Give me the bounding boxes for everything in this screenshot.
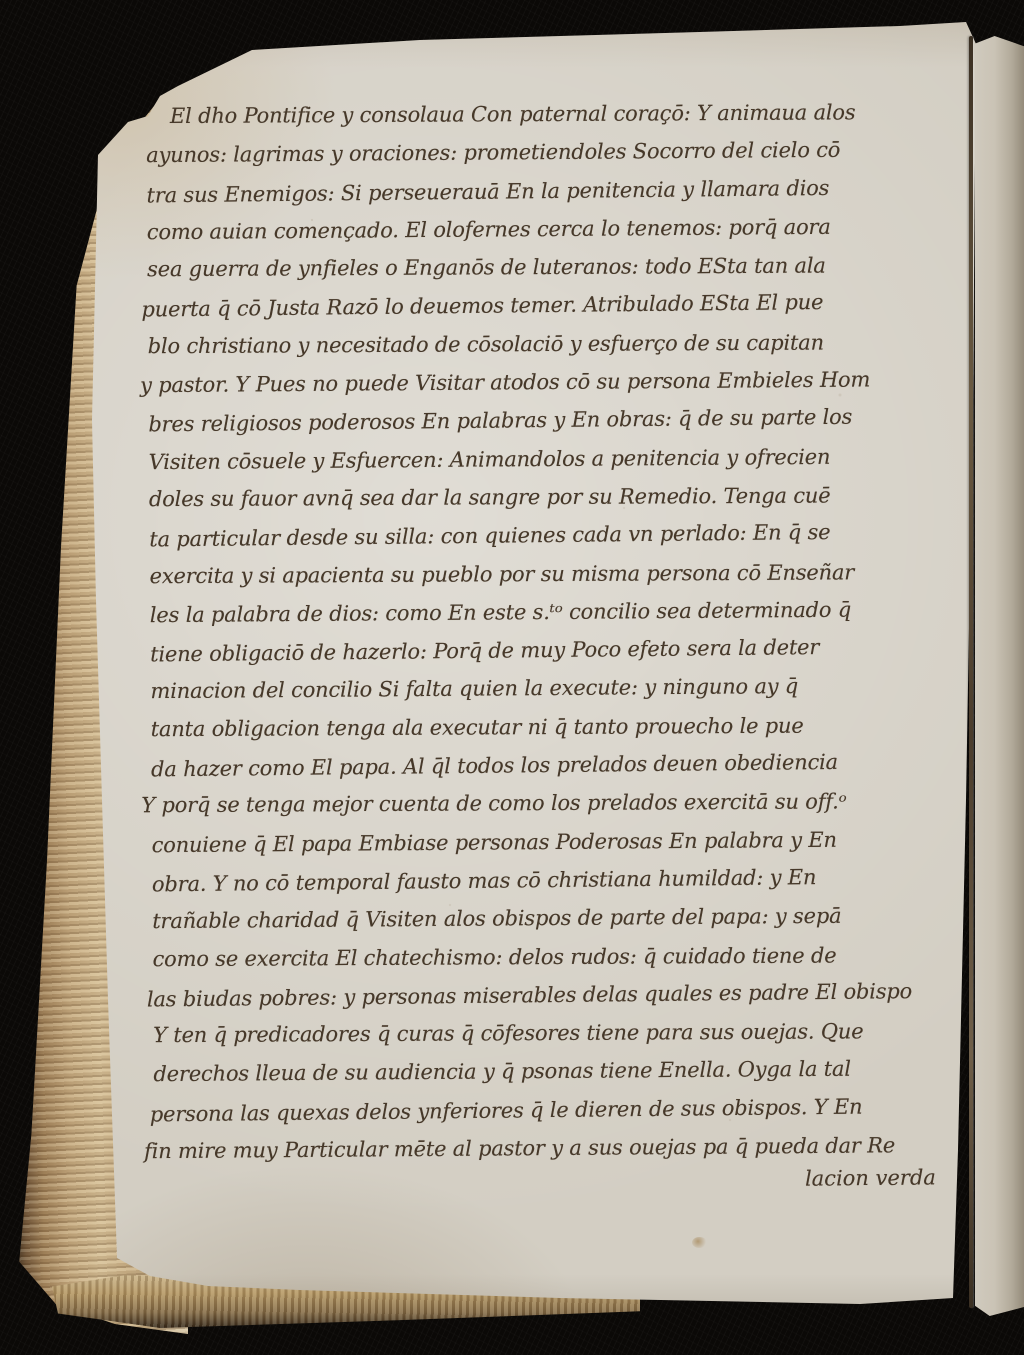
manuscript-line: como auian començado. El olofernes cerca… [147,207,952,252]
manuscript-line: como se exercita El chatechismo: delos r… [152,935,957,978]
manuscript-line: Y ten q̄ predicadores q̄ curas q̄ cōfeso… [153,1012,958,1055]
manuscript-line: puerta q̄ cō Justa Razō lo deuemos temer… [141,282,952,329]
manuscript-line: minacion del concilio Si falta quien la … [150,666,955,711]
gutter-crease [969,36,973,1308]
facing-page-sliver [975,36,1024,1316]
manuscript-line: El dho Pontifice y consolaua Con paterna… [170,93,951,136]
photo-backdrop: El dho Pontifice y consolaua Con paterna… [0,0,1024,1355]
manuscript-line: ta particular desde su silla: con quiene… [149,512,954,559]
manuscript-line: exercita y si apacienta su pueblo por su… [149,552,954,595]
stain-spot [692,1237,707,1248]
manuscript-text-block: El dho Pontifice y consolaua Con paterna… [146,92,959,1171]
manuscript-line: blo christiano y necesitado de cōsolaciō… [148,323,953,366]
manuscript-line: fin mire muy Particular mēte al pastor y… [144,1126,959,1171]
catchword-line: lacion verda [805,1165,936,1190]
manuscript-line: tanta obligacion tenga ala executar ni q… [151,706,956,749]
margin-scribble-mark [96,50,180,102]
manuscript-line: trañable charidad q̄ Visiten alos obispo… [152,896,957,941]
manuscript-line: Y porq̄ se tenga mejor cuenta de como lo… [141,782,956,825]
manuscript-page: El dho Pontifice y consolaua Con paterna… [0,0,1024,1355]
manuscript-line: Visiten cōsuele y Esfuercen: Animandolos… [149,437,954,482]
